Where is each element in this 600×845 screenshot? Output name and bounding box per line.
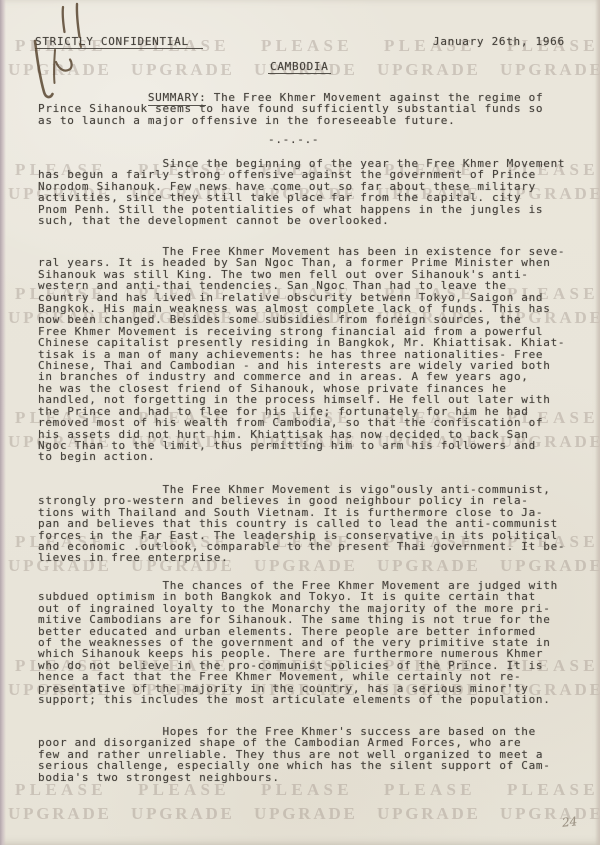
handwritten-ink-marks	[0, 0, 600, 845]
scanned-document-page: PLEASEPLEASEPLEASEPLEASEPLEASEUPGRADEUPG…	[0, 0, 600, 845]
pencil-page-number: 24	[561, 814, 578, 830]
